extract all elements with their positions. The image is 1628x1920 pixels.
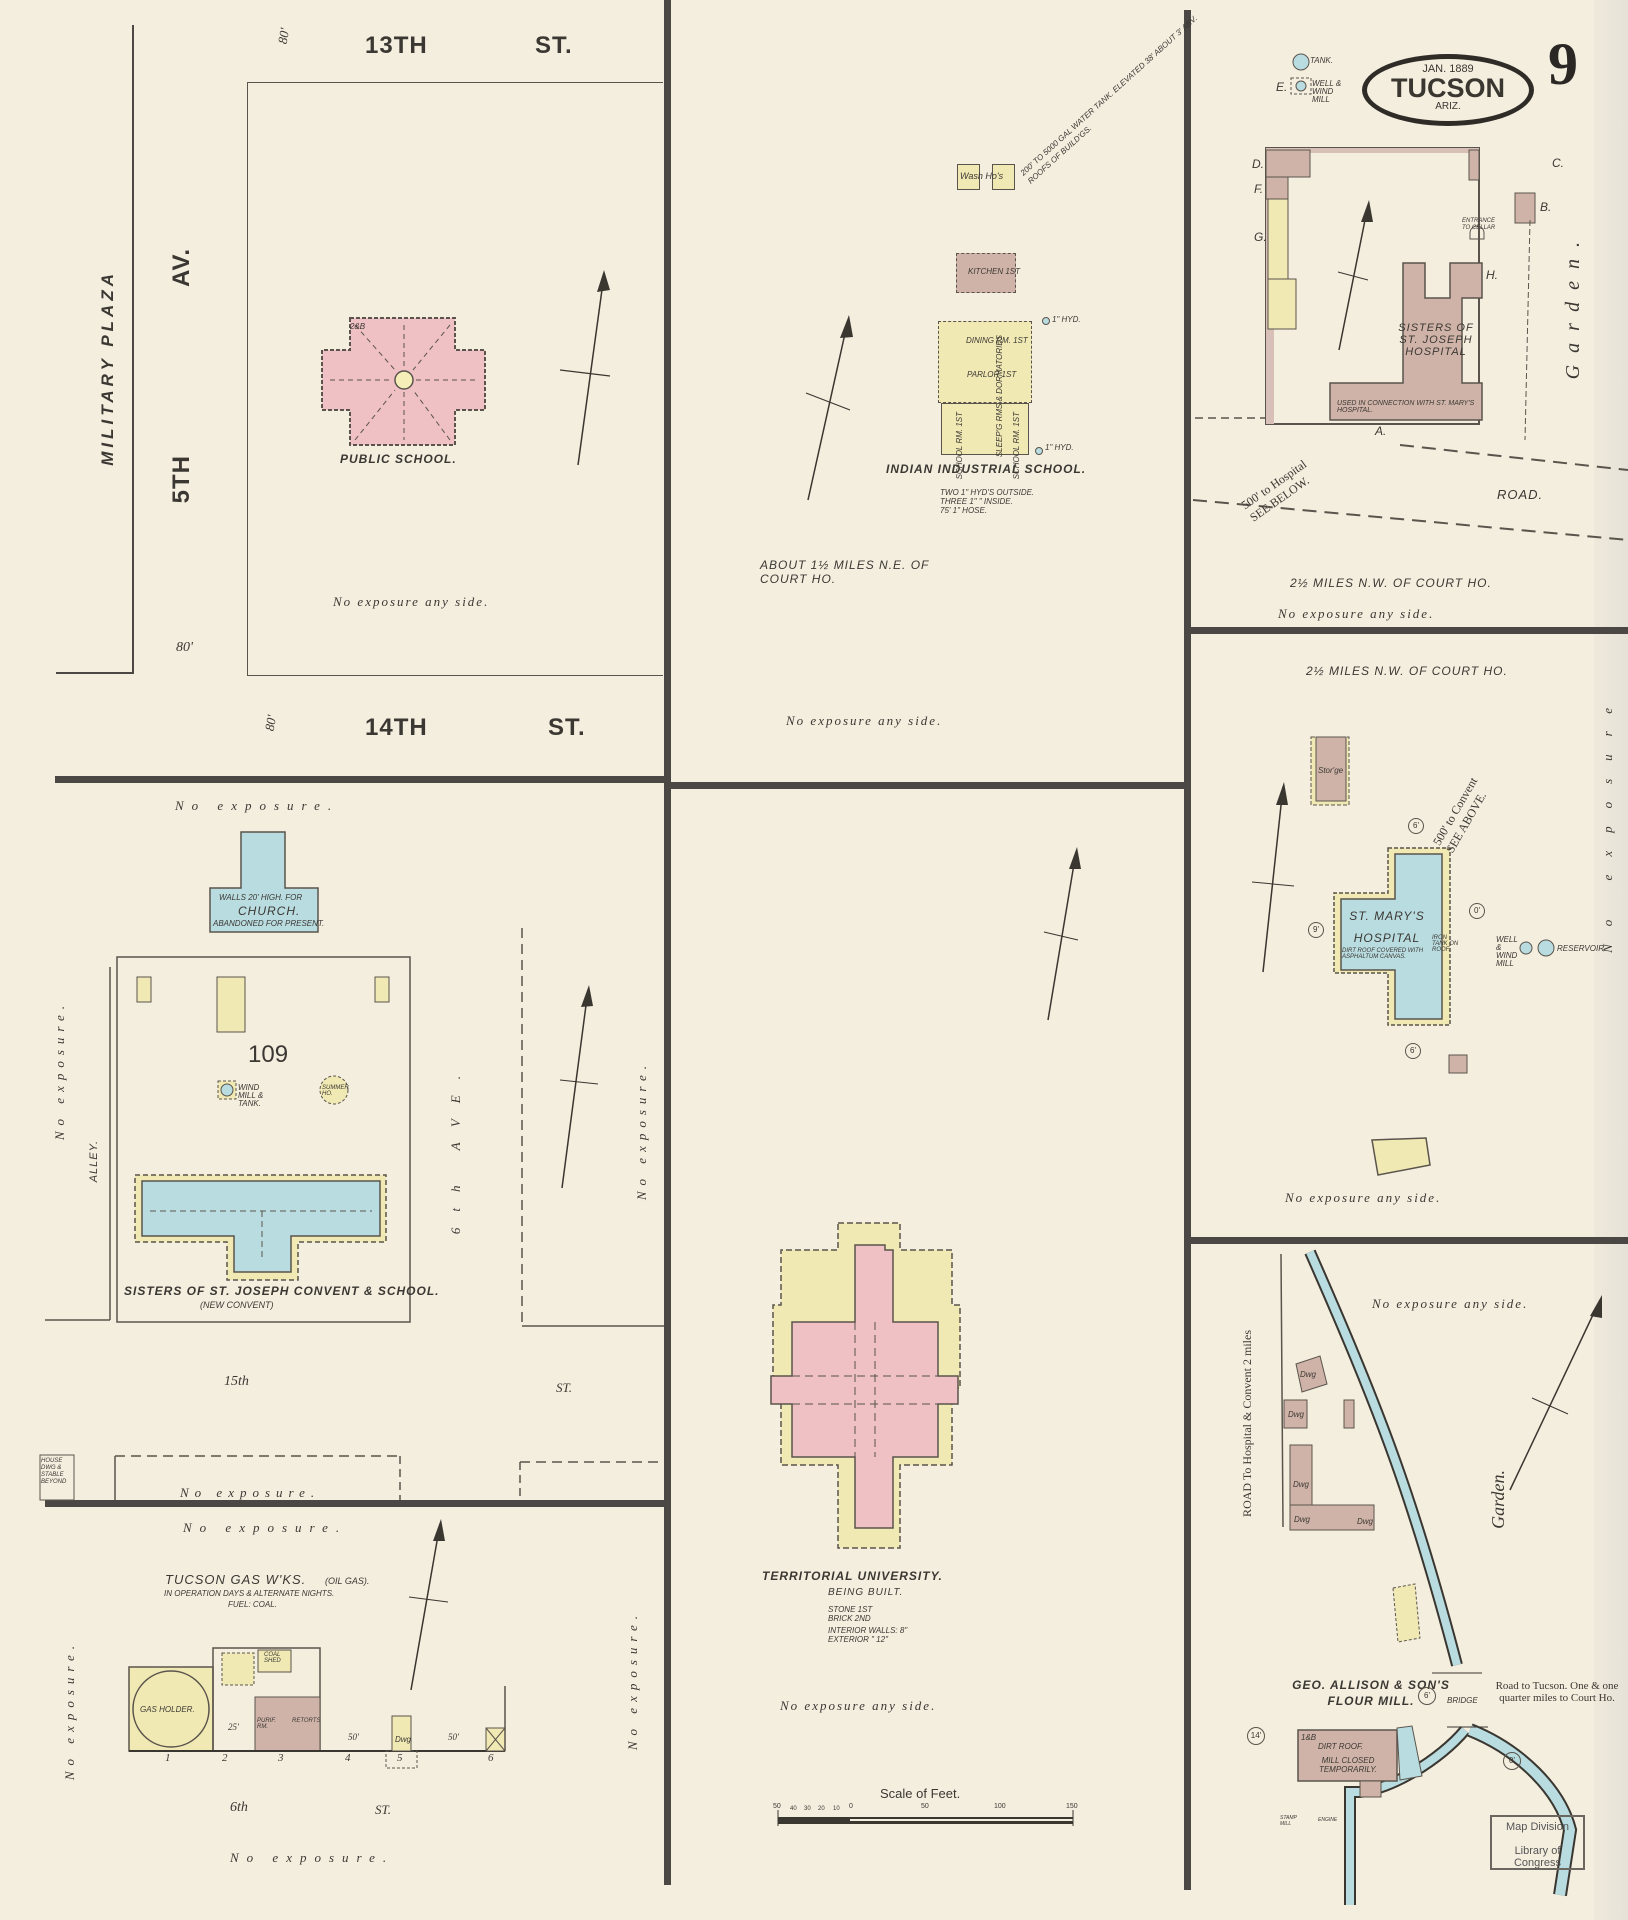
gas-distance-2: 50' xyxy=(348,1732,359,1742)
gas-top-note: No exposure. xyxy=(183,1520,347,1536)
well-label: WELL & WIND MILL xyxy=(1312,80,1346,104)
st-marys-side-note: No exposure xyxy=(1600,690,1616,953)
mill-code: 1&B xyxy=(1301,1733,1316,1742)
garden-label-2: Garden. xyxy=(1488,1470,1509,1529)
public-school-title: PUBLIC SCHOOL. xyxy=(340,452,457,466)
tank-label: TANK. xyxy=(1310,56,1333,65)
city-name: TUCSON xyxy=(1367,75,1529,101)
st-joseph-location: 2½ MILES N.W. OF COURT HO. xyxy=(1290,576,1492,590)
church-note-top: WALLS 20' HIGH. FOR xyxy=(219,893,302,902)
bridge-label: BRIDGE xyxy=(1447,1696,1478,1705)
mill-dwelling-4: Dwg xyxy=(1294,1515,1310,1524)
gas-bottom-note: No exposure. xyxy=(230,1850,394,1866)
fifteenth-label: 15th xyxy=(224,1374,249,1390)
hydrant-1 xyxy=(1042,317,1050,325)
hydrant-2 xyxy=(1035,447,1043,455)
gas-holder-label: GAS HOLDER. xyxy=(140,1705,195,1714)
house-note: HOUSE DWG & STABLE BEYOND xyxy=(41,1458,73,1486)
building-shapes xyxy=(0,0,1628,1920)
road-left-label: ROAD To Hospital & Convent 2 miles xyxy=(1240,1330,1255,1517)
flour-mill-top-note: No exposure any side. xyxy=(1372,1296,1528,1312)
university-title: TERRITORIAL UNIVERSITY. xyxy=(762,1569,943,1583)
stamp-line-2: Library of Congress xyxy=(1492,1845,1583,1869)
equipment-2: THREE 1" " INSIDE. xyxy=(940,497,1013,506)
mill-dwelling-5: Dwg xyxy=(1357,1517,1373,1526)
hydrant-label-2: 1" HYD. xyxy=(1045,443,1074,452)
equipment-3: 75' 1" HOSE. xyxy=(940,506,987,515)
equipment-1: TWO 1" HYD'S OUTSIDE. xyxy=(940,488,1034,497)
letter-b: B. xyxy=(1540,200,1551,214)
scale-tick-0: 0 xyxy=(849,1803,853,1810)
scale-tick-50-left: 50 xyxy=(773,1803,781,1810)
gas-works-title: TUCSON GAS W'KS. xyxy=(165,1572,306,1587)
library-stamp: Map Division Library of Congress xyxy=(1490,1815,1585,1870)
letter-e: E. xyxy=(1276,80,1287,94)
garden-label-1: Garden. xyxy=(1562,230,1585,379)
wind-mill-label: WIND MILL & TANK. xyxy=(238,1084,278,1108)
public-school-code: 2&B xyxy=(350,322,365,331)
convent-top-note: No exposure. xyxy=(175,798,339,814)
letter-f: F. xyxy=(1254,182,1263,196)
spec-2: BRICK 2ND xyxy=(828,1614,871,1623)
stamp-mill-label: STAMP MILL xyxy=(1280,1815,1302,1827)
spec-4: EXTERIOR " 12" xyxy=(828,1635,888,1644)
fifteenth-st-label: ST. xyxy=(556,1380,572,1396)
st-joseph-note: No exposure any side. xyxy=(1278,606,1434,622)
letter-g: G. xyxy=(1254,230,1267,244)
gas-dwelling: Dwg xyxy=(395,1735,411,1744)
stamp-line-1: Map Division xyxy=(1492,1821,1583,1833)
distance-6-top: 6' xyxy=(1408,818,1424,834)
distance-6-bottom: 6' xyxy=(1405,1043,1421,1059)
distance-14: 14' xyxy=(1247,1727,1265,1745)
lot-4: 4 xyxy=(345,1752,351,1764)
scale-tick-100: 100 xyxy=(994,1803,1006,1810)
convent-left-note: No exposure. xyxy=(52,1000,68,1140)
letter-c: C. xyxy=(1552,156,1564,170)
letter-h: H. xyxy=(1486,268,1498,282)
coal-shed-label: COAL SHED xyxy=(264,1652,288,1664)
st-joseph-hospital-title: SISTERS OF ST. JOSEPH HOSPITAL xyxy=(1396,322,1476,358)
spec-1: STONE 1ST xyxy=(828,1605,872,1614)
convent-subtitle: (NEW CONVENT) xyxy=(200,1300,274,1310)
reservoir-well-label: WELL & WIND MILL xyxy=(1496,936,1522,968)
map-sheet: 13TH ST. 14TH ST. 5TH AV. MILITARY PLAZA… xyxy=(0,0,1628,1920)
gas-works-type: (OIL GAS). xyxy=(325,1576,369,1586)
gas-fuel: FUEL: COAL. xyxy=(228,1600,277,1609)
st-marys-note: No exposure any side. xyxy=(1285,1190,1441,1206)
st-joseph-subnote: USED IN CONNECTION WITH ST. MARY'S HOSPI… xyxy=(1337,400,1477,414)
mill-dwelling-1: Dwg xyxy=(1300,1370,1316,1379)
summer-house-label: SUMMER HO. xyxy=(322,1085,348,1097)
indian-school-note: No exposure any side. xyxy=(786,713,942,729)
church-note-bottom: ABANDONED FOR PRESENT. xyxy=(213,919,324,928)
sixth-st-label: 6th xyxy=(230,1800,248,1816)
reservoir-label: RESERVOIR. xyxy=(1557,944,1606,953)
letter-a: A. xyxy=(1375,424,1386,438)
scale-title: Scale of Feet. xyxy=(880,1786,960,1801)
parlor-label: PARLOR 1ST xyxy=(967,370,1016,379)
st-marys-subnote: DIRT ROOF COVERED WITH ASPHALTUM CANVAS. xyxy=(1342,948,1442,960)
title-cartouche: JAN. 1889 TUCSON ARIZ. xyxy=(1362,54,1534,126)
scale-tick-30: 30 xyxy=(804,1806,811,1812)
cellar-label: ENTRANCE TO CELLAR xyxy=(1462,218,1502,232)
retorts-label: RETORTS xyxy=(292,1718,320,1724)
st-marys-title: ST. MARY'S HOSPITAL xyxy=(1342,905,1432,949)
university-note: No exposure any side. xyxy=(780,1698,936,1714)
spec-3: INTERIOR WALLS: 8" xyxy=(828,1626,907,1635)
mill-dwelling-2: Dwg xyxy=(1288,1410,1304,1419)
scale-tick-20: 20 xyxy=(818,1806,825,1812)
scale-tick-50: 50 xyxy=(921,1803,929,1810)
storage-label: Stor'ge xyxy=(1318,766,1343,775)
scale-tick-40: 40 xyxy=(790,1806,797,1812)
public-school-note: No exposure any side. xyxy=(333,594,489,610)
sixth-st-st-label: ST. xyxy=(375,1802,391,1818)
indian-school-title: INDIAN INDUSTRIAL SCHOOL. xyxy=(886,462,1086,476)
distance-0: 0' xyxy=(1469,903,1485,919)
main-building xyxy=(938,321,1032,403)
distance-9: 9' xyxy=(1308,922,1324,938)
mill-roof: DIRT ROOF. xyxy=(1318,1742,1363,1751)
convent-title: SISTERS OF ST. JOSEPH CONVENT & SCHOOL. xyxy=(124,1284,439,1298)
lot-2: 2 xyxy=(222,1752,228,1764)
scale-tick-10: 10 xyxy=(833,1806,840,1812)
sheet-number: 9 xyxy=(1548,30,1578,99)
gas-right-note: No exposure. xyxy=(625,1610,641,1750)
gas-distance-3: 50' xyxy=(448,1732,459,1742)
mill-dwelling-3: Dwg xyxy=(1293,1480,1309,1489)
lot-3: 3 xyxy=(278,1752,284,1764)
distance-0-mill: 0' xyxy=(1503,1752,1521,1770)
gas-distance-1: 25' xyxy=(228,1722,239,1732)
convent-right-note: No exposure. xyxy=(634,1060,650,1200)
university-status: BEING BUILT. xyxy=(828,1587,903,1598)
distance-6-mill: 6' xyxy=(1418,1687,1436,1705)
letter-d: D. xyxy=(1252,157,1264,171)
gas-operation: IN OPERATION DAYS & ALTERNATE NIGHTS. xyxy=(164,1589,334,1598)
hydrant-label-1: 1" HYD. xyxy=(1052,315,1081,324)
convent-bottom-note: No exposure. xyxy=(180,1485,320,1501)
road-tucson-note: Road to Tucson. One & one quarter miles … xyxy=(1488,1680,1626,1704)
purifier-label: PURIF. RM. xyxy=(257,1718,277,1730)
kitchen-label: KITCHEN 1ST xyxy=(968,267,1020,276)
sleeping-label: SLEEP'G RMS & DORMATORIES xyxy=(995,335,1004,457)
alley-label: ALLEY. xyxy=(88,1140,100,1182)
road-label: ROAD. xyxy=(1497,487,1543,502)
scale-tick-150: 150 xyxy=(1066,1803,1078,1810)
st-marys-location: 2½ MILES N.W. OF COURT HO. xyxy=(1306,664,1508,678)
mill-status: MILL CLOSED TEMPORARILY. xyxy=(1308,1756,1388,1774)
indian-school-location: ABOUT 1½ MILES N.E. OF COURT HO. xyxy=(760,558,940,586)
lot-5: 5 xyxy=(397,1752,403,1764)
wash-house-label: Wash Ho's xyxy=(960,171,1003,181)
sixth-ave-label: 6th AVE. xyxy=(448,1060,464,1234)
lot-6: 6 xyxy=(488,1752,494,1764)
iron-tank-label: IRON TANK ON ROOF. xyxy=(1432,935,1462,953)
gas-left-note: No exposure. xyxy=(62,1640,78,1780)
block-number: 109 xyxy=(248,1041,288,1069)
lot-1: 1 xyxy=(165,1752,171,1764)
engine-label: ENGINE xyxy=(1318,1817,1337,1823)
church-label: CHURCH. xyxy=(238,904,300,918)
